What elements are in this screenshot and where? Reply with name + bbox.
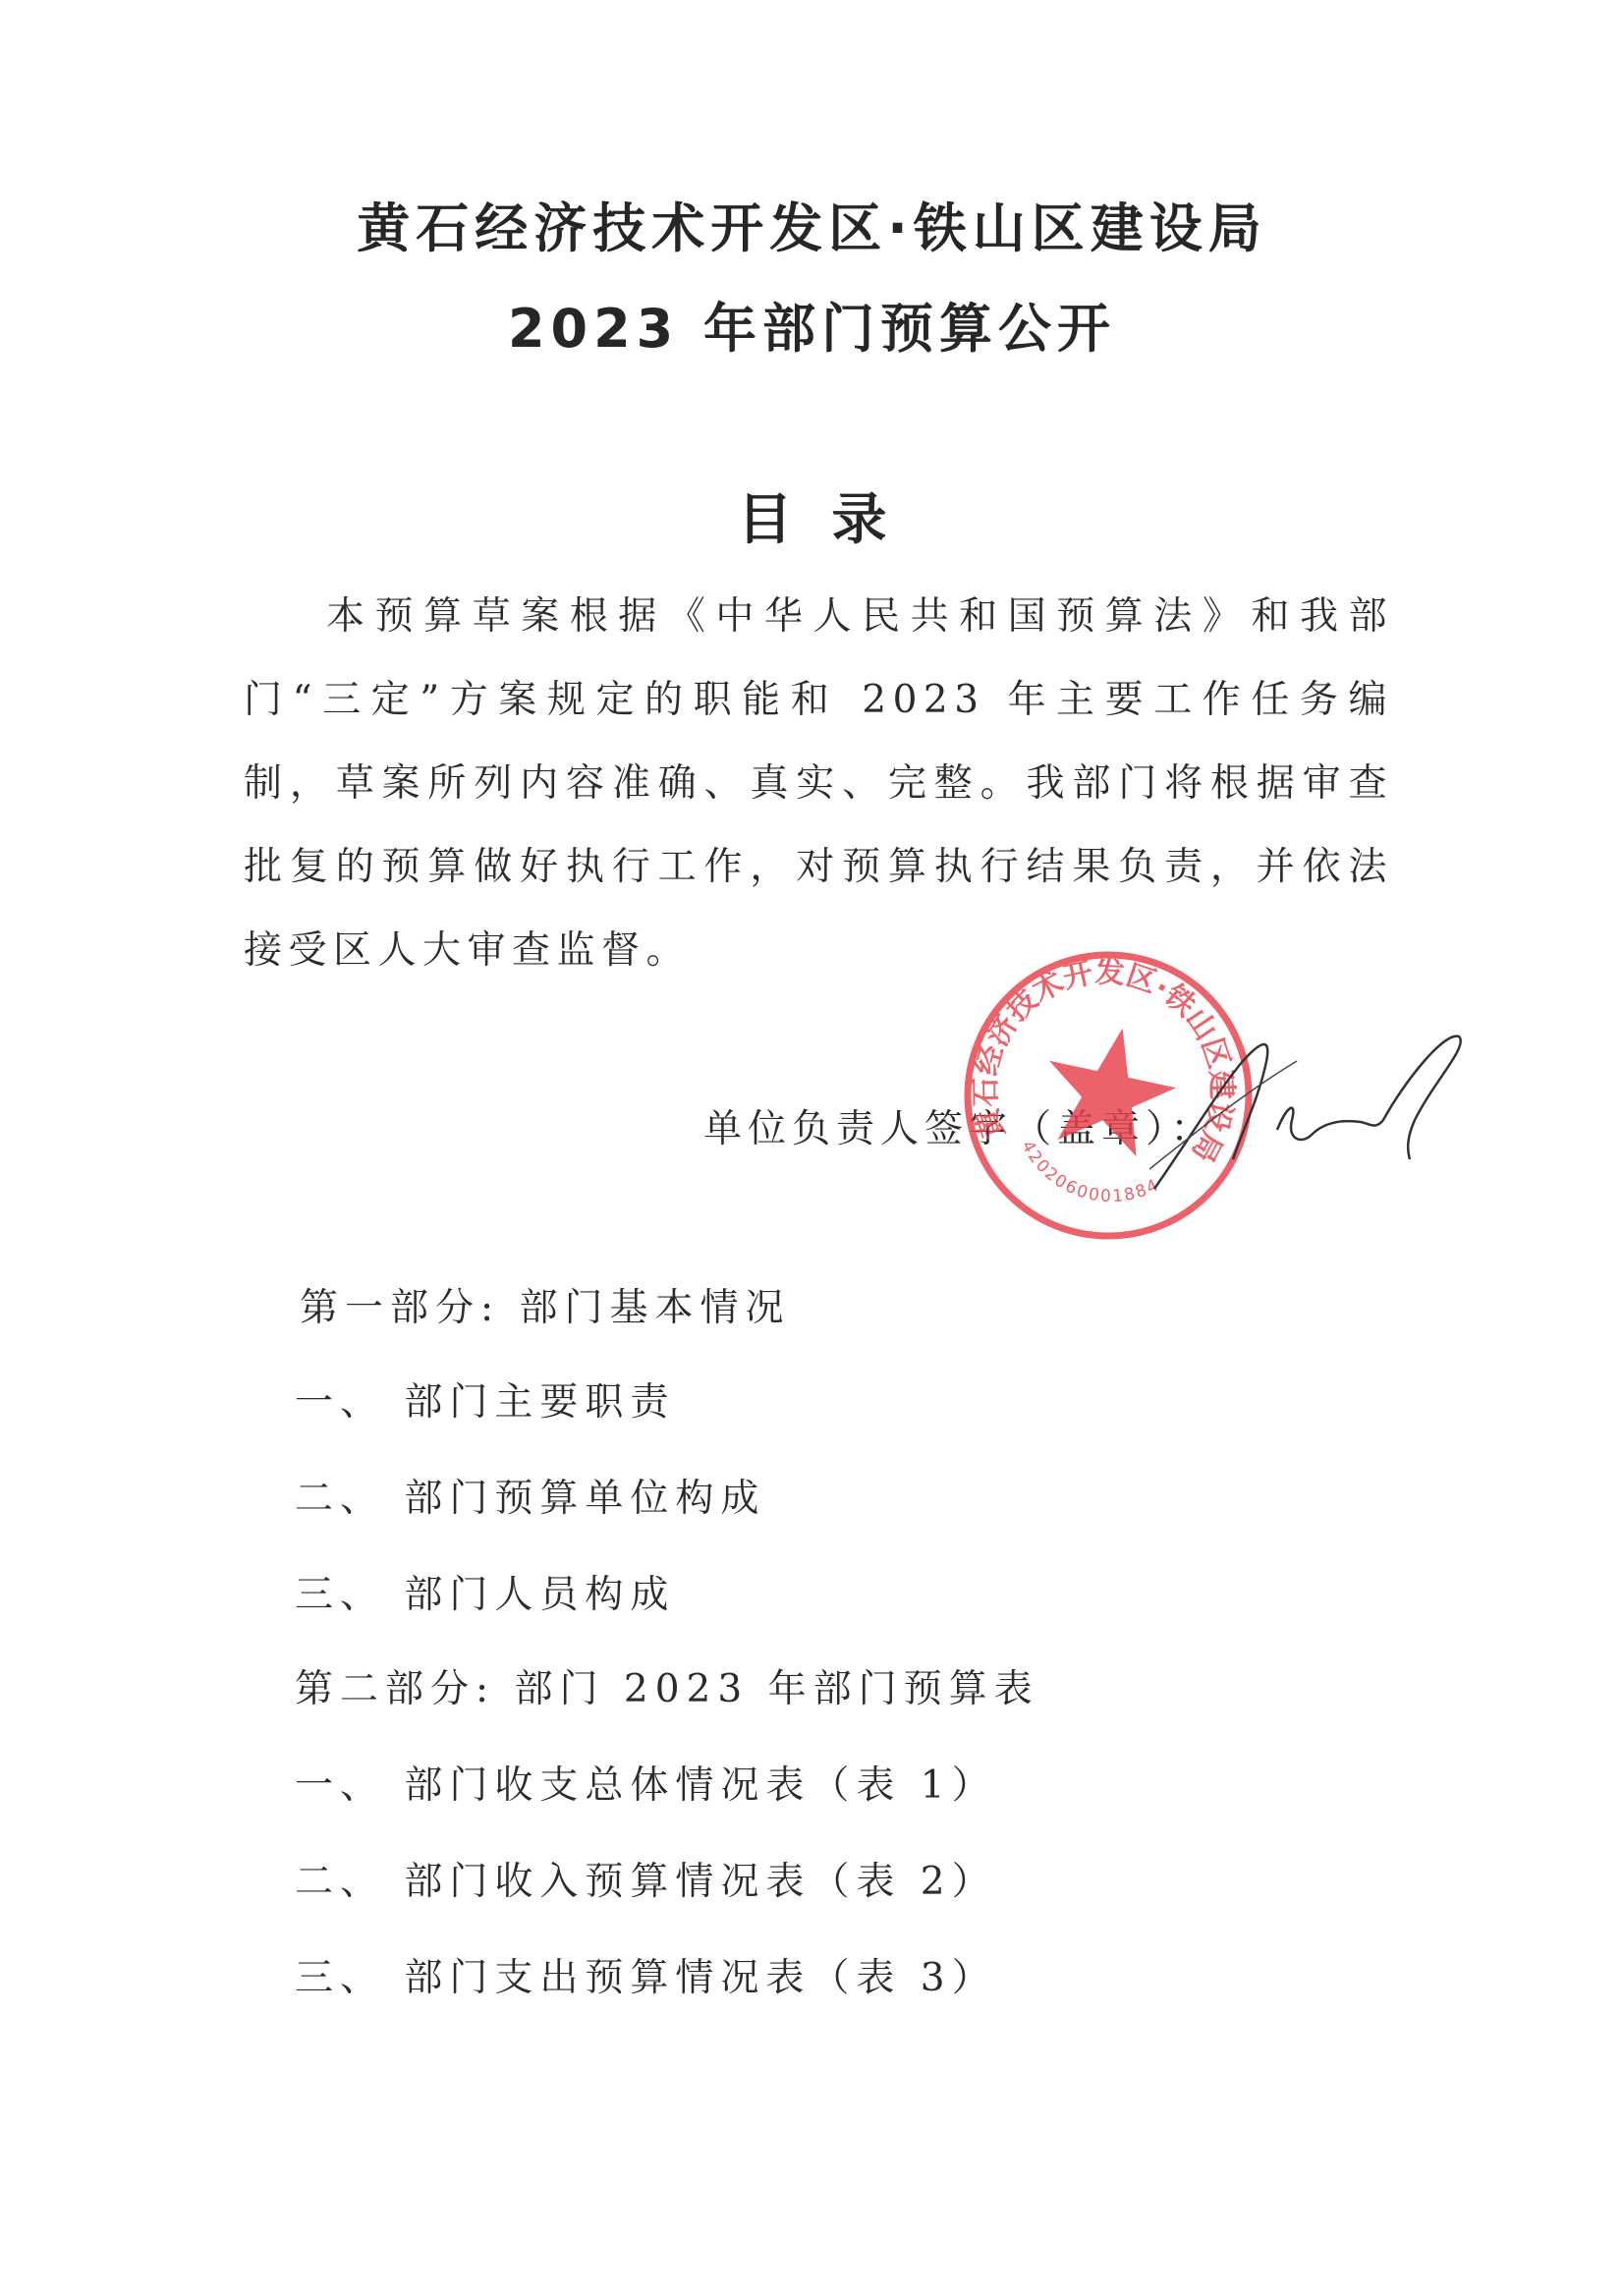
handwritten-signature (1149, 1022, 1484, 1199)
toc-item-table-1: 一、 部门收支总体情况表（表 1） (295, 1755, 997, 1810)
toc-item-budget-units: 二、 部门预算单位构成 (295, 1468, 765, 1523)
toc-item-table-2: 二、 部门收入预算情况表（表 2） (295, 1851, 997, 1906)
toc-item-staff: 三、 部门人员构成 (295, 1564, 675, 1619)
document-title-line1: 黄石经济技术开发区·铁山区建设局 (0, 187, 1624, 262)
toc-item-main-duties: 一、 部门主要职责 (295, 1371, 675, 1427)
toc-item-table-3: 三、 部门支出预算情况表（表 3） (295, 1947, 997, 2002)
toc-part-one: 第一部分: 部门基本情况 (300, 1277, 791, 1332)
document-title-line2: 2023 年部门预算公开 (0, 287, 1624, 363)
intro-paragraph: 本预算草案根据《中华人民共和国预算法》和我部门“三定”方案规定的职能和 2023… (244, 575, 1393, 992)
svg-text:4202060001884: 4202060001884 (1017, 1138, 1163, 1206)
toc-part-two: 第二部分: 部门 2023 年部门预算表 (295, 1658, 1039, 1713)
stamp-code: 4202060001884 (1017, 1138, 1163, 1206)
toc-heading: 目录 (0, 476, 1624, 555)
